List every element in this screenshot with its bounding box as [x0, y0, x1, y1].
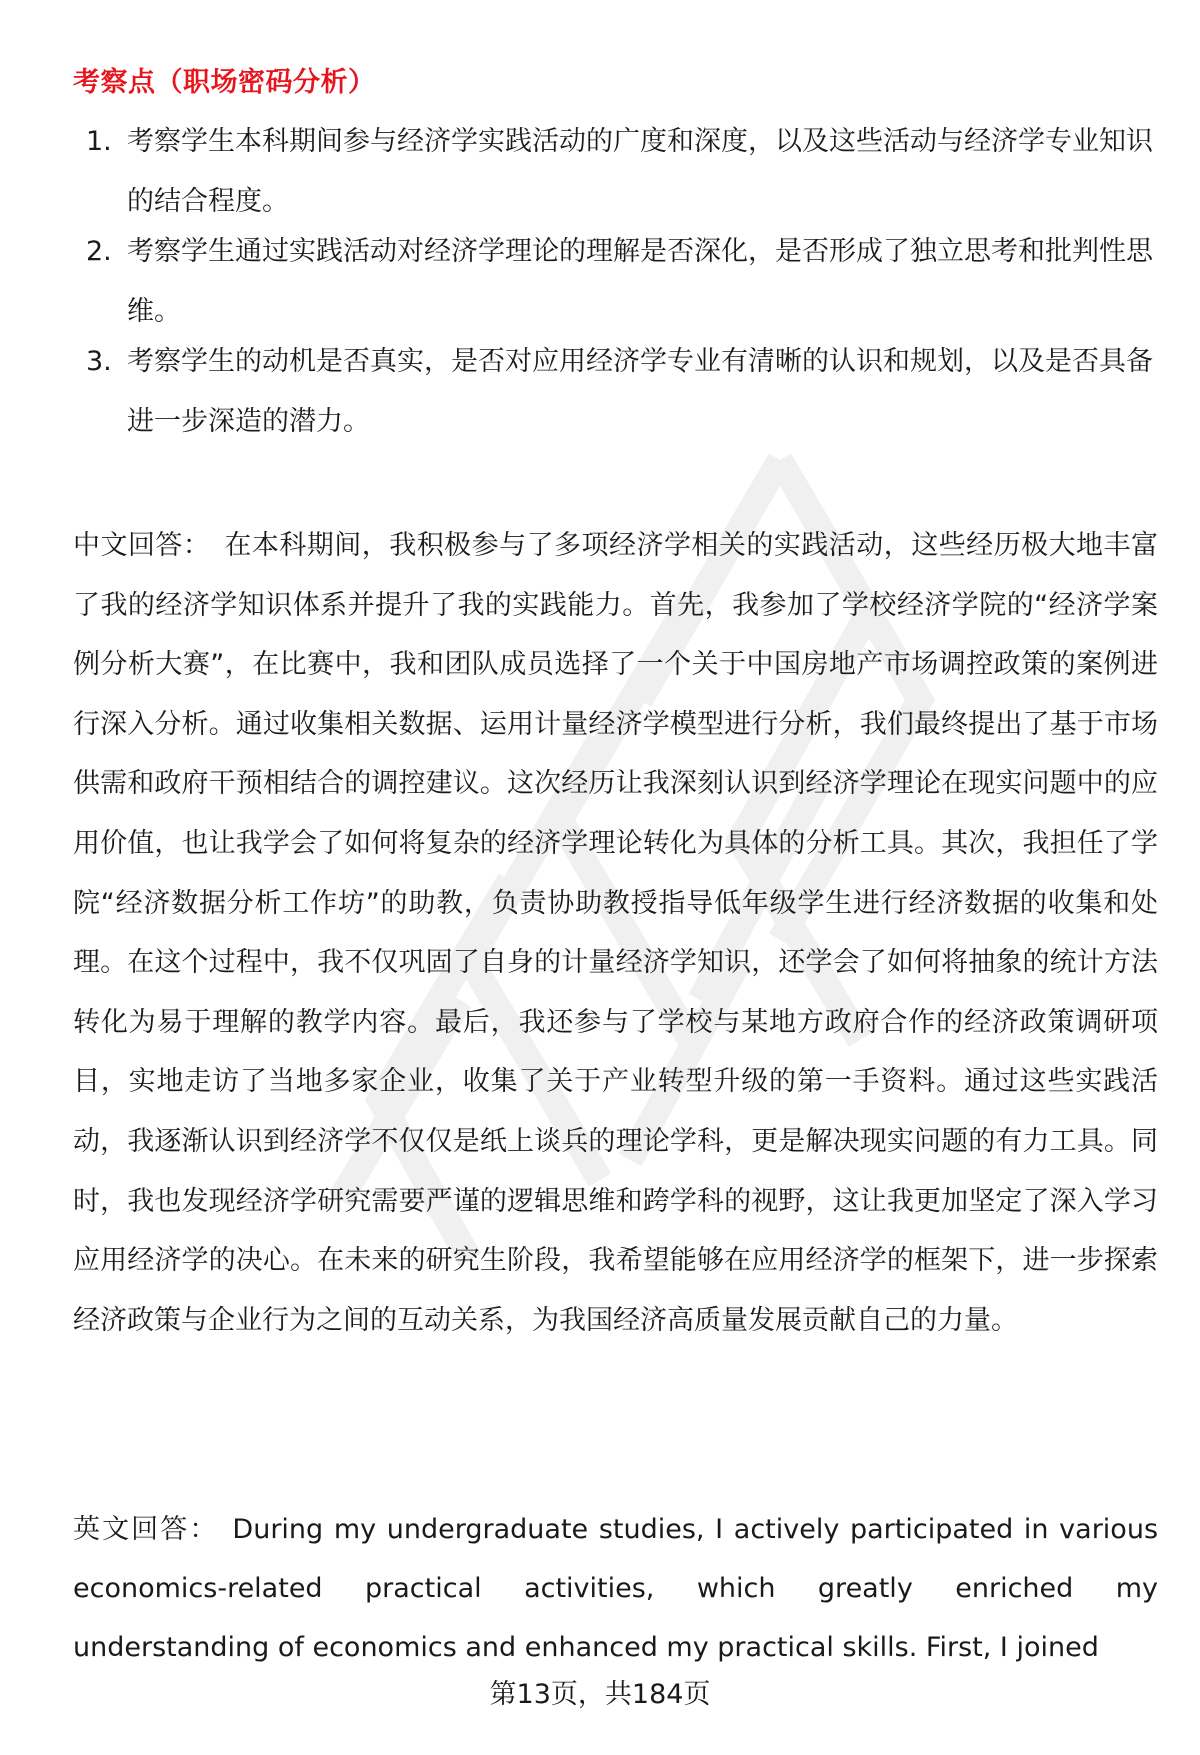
list-text: 考察学生本科期间参与经济学实践活动的广度和深度，以及这些活动与经济学专业知识的结… [127, 112, 1157, 232]
chinese-answer-text: 在本科期间，我积极参与了多项经济学相关的实践活动，这些经历极大地丰富了我的经济学… [73, 530, 1158, 1336]
page-indicator: 第13页，共184页 [0, 1672, 1200, 1711]
chinese-answer: 中文回答：在本科期间，我积极参与了多项经济学相关的实践活动，这些经历极大地丰富了… [73, 516, 1158, 1350]
chinese-answer-label: 中文回答： [73, 530, 210, 561]
section-heading: 考察点（职场密码分析） [73, 60, 376, 99]
list-text: 考察学生的动机是否真实，是否对应用经济学专业有清晰的认识和规划，以及是否具备进一… [127, 332, 1157, 452]
english-answer: 英文回答：During my undergraduate studies, I … [73, 1500, 1158, 1677]
list-number: 2. [86, 222, 112, 282]
english-answer-label: 英文回答： [73, 1514, 218, 1545]
list-number: 1. [86, 112, 112, 172]
list-number: 3. [86, 332, 112, 392]
english-answer-text: During my undergraduate studies, I activ… [73, 1514, 1158, 1663]
list-text: 考察学生通过实践活动对经济学理论的理解是否深化，是否形成了独立思考和批判性思维。 [127, 222, 1157, 342]
